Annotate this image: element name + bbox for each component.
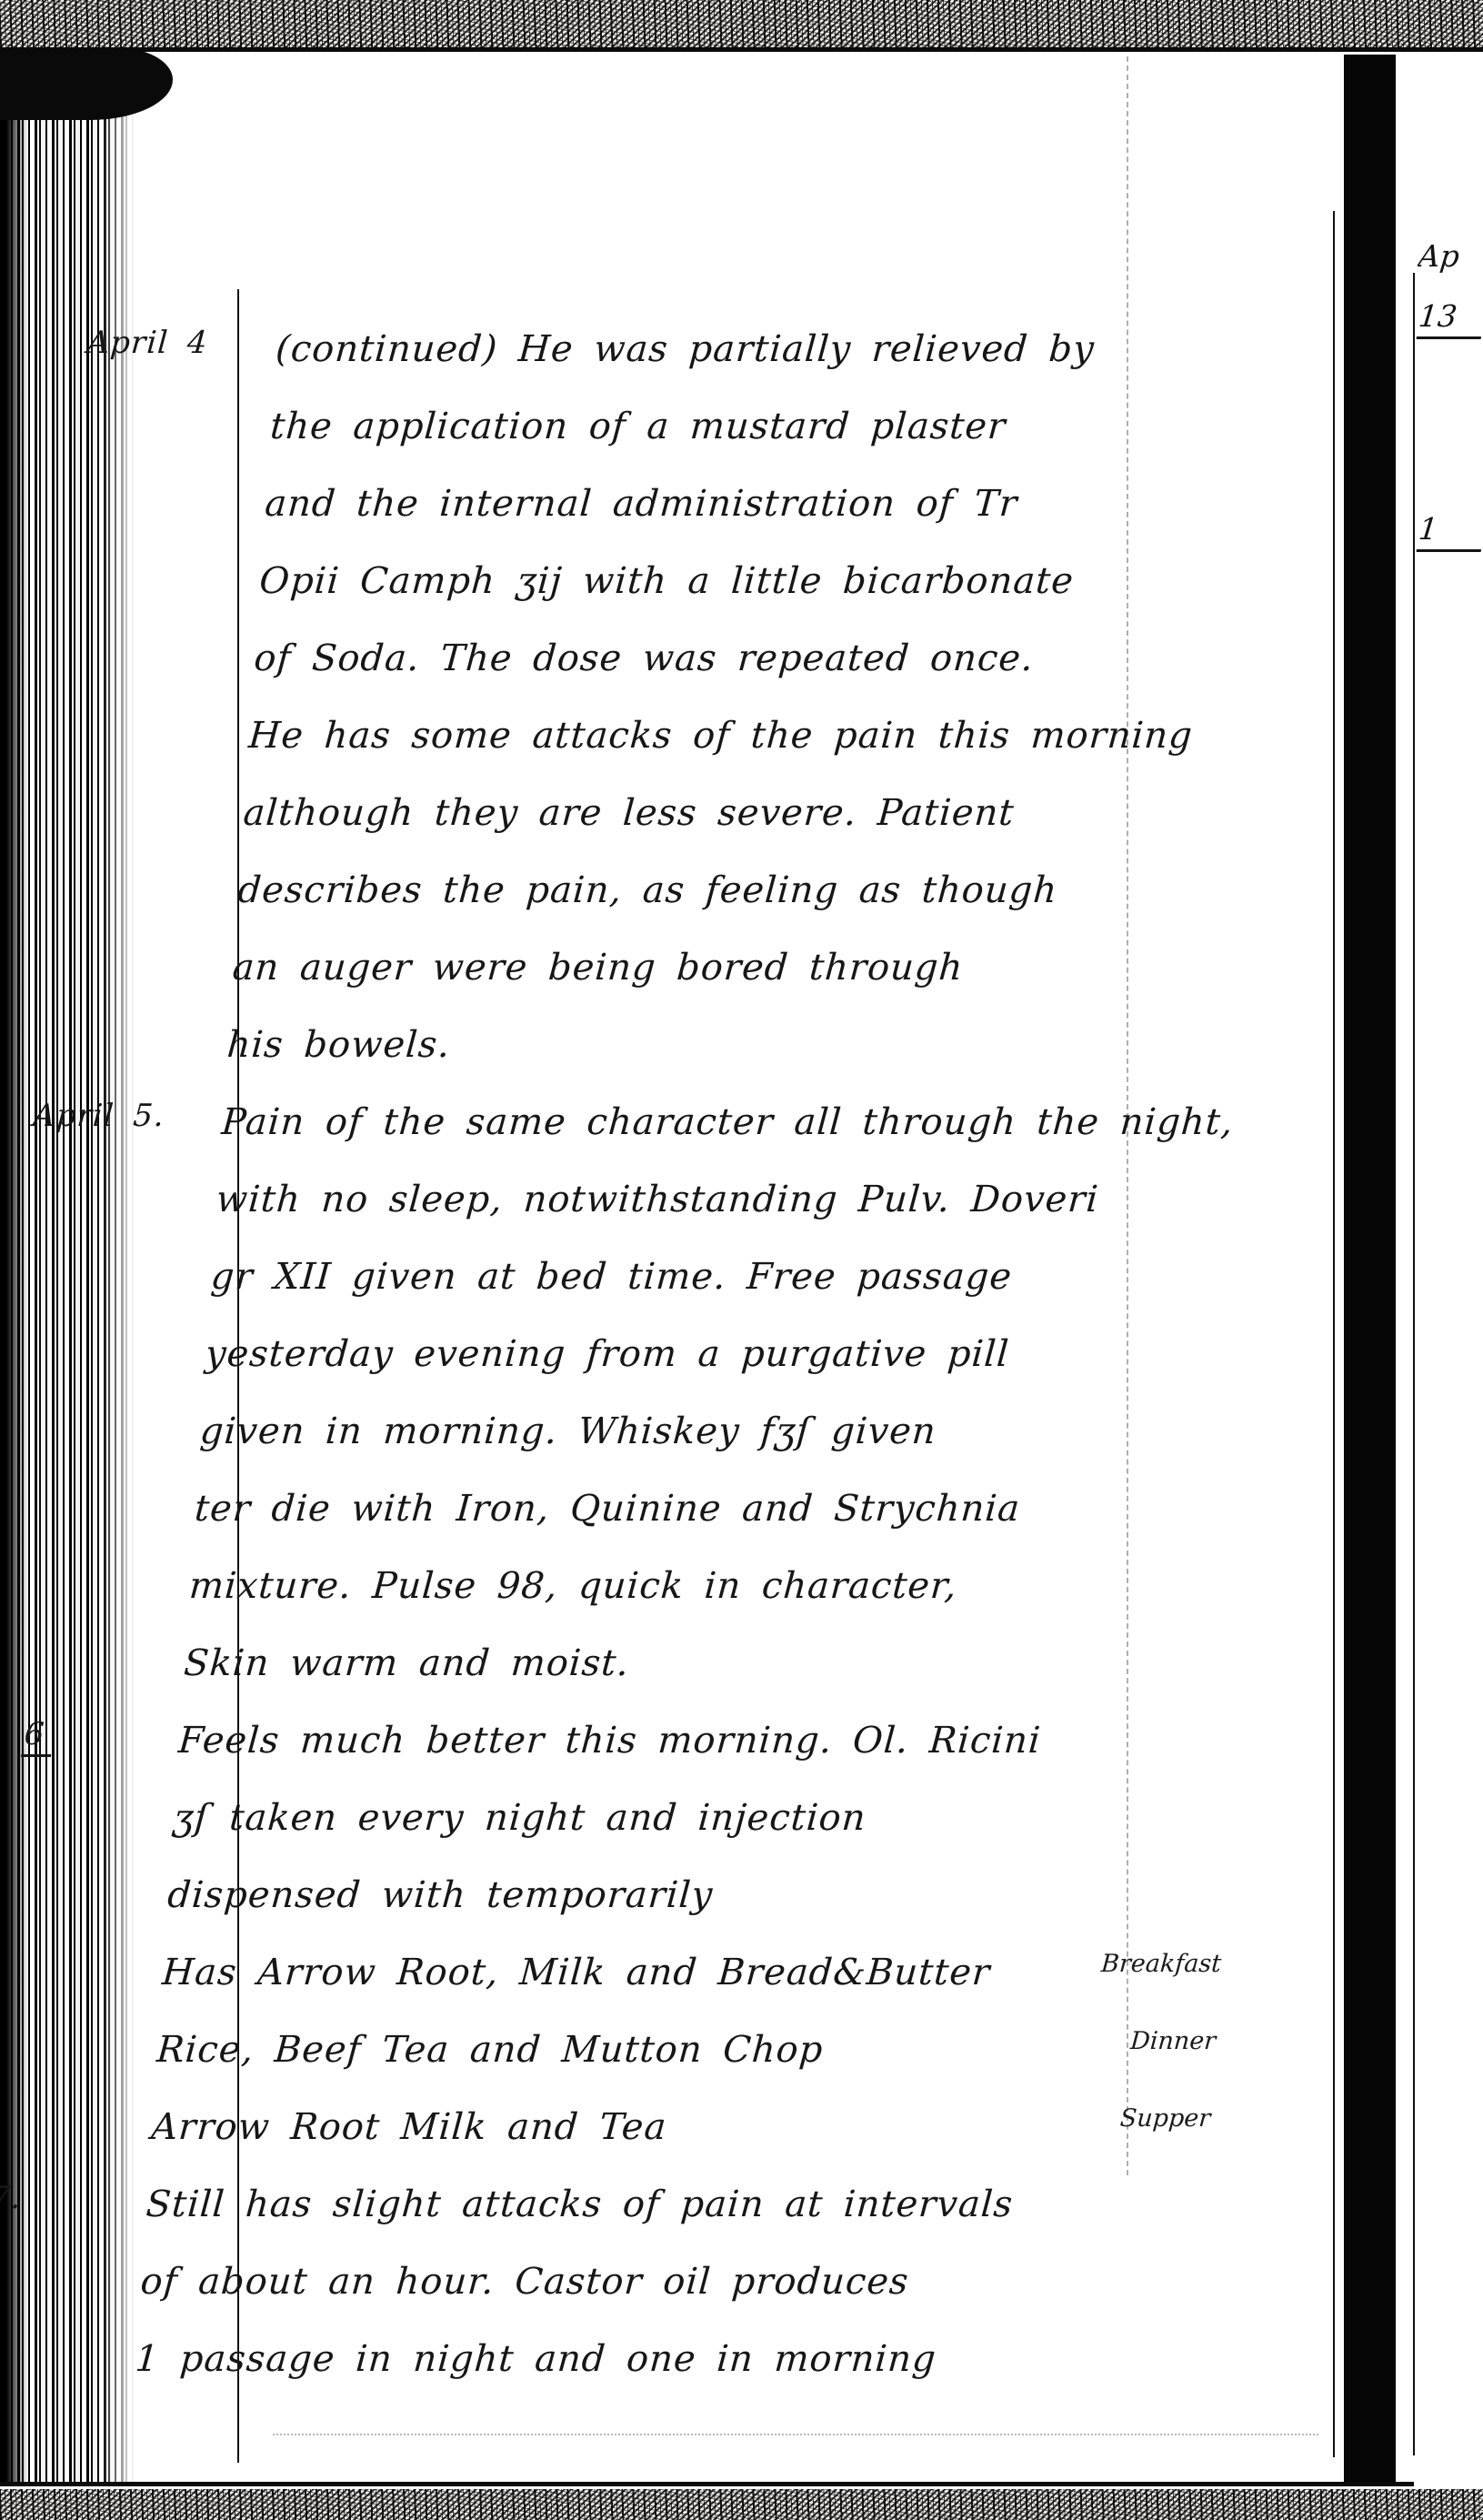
- book-gutter-shadow: [1344, 55, 1396, 2483]
- handwritten-line: Rice, Beef Tea and Mutton ChopDinner: [154, 2014, 1212, 2092]
- handwritten-line: Opii Camph ʒij with a little bicarbonate: [256, 546, 1315, 623]
- handwritten-line: the application of a mustard plaster: [267, 391, 1326, 468]
- faded-rule-dots: [273, 2434, 1318, 2435]
- margin-rule-right: [1333, 211, 1335, 2457]
- binding-shadow-corner: [0, 47, 173, 120]
- handwritten-line: ʒſ taken every night and injection: [170, 1782, 1228, 1860]
- entry-date: April 5.: [32, 1098, 165, 1134]
- handwritten-line: his bowels.: [225, 1009, 1283, 1087]
- meal-margin-note: Supper: [1117, 2083, 1213, 2154]
- next-page-margin-rule: [1413, 273, 1415, 2455]
- meal-margin-note: Breakfast: [1098, 1929, 1223, 2000]
- page-top-edge-line: [0, 47, 1483, 52]
- casebook-entry: April 5.Pain of the same character all t…: [181, 1087, 1278, 1705]
- handwritten-line: Has Arrow Root, Milk and Bread&ButterBre…: [159, 1937, 1217, 2014]
- scanned-casebook-page: April 4(continued) He was partially reli…: [0, 0, 1483, 2520]
- handwritten-line: and the internal administration of Tr: [262, 468, 1320, 546]
- handwritten-line: ter die with Iron, Quinine and Strychnia: [192, 1473, 1250, 1551]
- scanner-noise-top: [0, 0, 1483, 47]
- handwritten-line: Skin warm and moist.: [181, 1628, 1239, 1705]
- entry-date: April 4: [85, 325, 209, 361]
- entry-date: 6: [21, 1716, 54, 1757]
- handwritten-line: with no sleep, notwithstanding Pulv. Dov…: [214, 1164, 1272, 1241]
- handwritten-line: of about an hour. Castor oil produces: [137, 2246, 1196, 2324]
- next-page-text-fragment: Ap: [1417, 238, 1483, 274]
- casebook-entry: April 4(continued) He was partially reli…: [225, 314, 1331, 1087]
- handwritten-line: an auger were being bored through: [230, 932, 1288, 1009]
- handwritten-line: Arrow Root Milk and TeaSupper: [148, 2092, 1207, 2169]
- book-page-edges: [0, 52, 138, 2482]
- page-bottom-edge-line: [0, 2482, 1414, 2486]
- handwritten-line: of Soda. The dose was repeated once.: [251, 623, 1309, 700]
- handwritten-line: 1 passage in night and one in morning: [133, 2324, 1191, 2401]
- handwritten-line: yesterday evening from a purgative pill: [203, 1319, 1261, 1396]
- entry-date: 7.: [0, 2180, 23, 2216]
- meal-margin-note: Dinner: [1127, 2006, 1217, 2077]
- handwritten-line: Feels much better this morning. Ol. Rici…: [175, 1705, 1234, 1782]
- handwritten-line: Still has slight attacks of pain at inte…: [143, 2169, 1201, 2246]
- handwritten-line: (continued) He was partially relieved by: [273, 314, 1331, 391]
- handwritten-line: given in morning. Whiskey fʒſ given: [197, 1396, 1256, 1473]
- handwritten-entries: April 4(continued) He was partially reli…: [133, 314, 1331, 2401]
- scanner-noise-bottom: [0, 2489, 1483, 2520]
- casebook-entry: 7.Still has slight attacks of pain at in…: [133, 2169, 1202, 2401]
- handwritten-line: describes the pain, as feeling as though: [235, 855, 1293, 932]
- casebook-entry: 6Feels much better this morning. Ol. Ric…: [148, 1705, 1234, 2169]
- handwritten-line: gr XII given at bed time. Free passage: [208, 1241, 1267, 1319]
- handwritten-line: dispensed with temporarily: [165, 1860, 1223, 1937]
- next-page-text-fragment: 1: [1417, 511, 1483, 552]
- handwritten-line: He has some attacks of the pain this mor…: [245, 700, 1304, 778]
- handwritten-line: Pain of the same character all through t…: [219, 1087, 1278, 1164]
- handwritten-line: mixture. Pulse 98, quick in character,: [186, 1551, 1245, 1628]
- next-page-text-fragment: 13: [1417, 298, 1483, 339]
- handwritten-line: although they are less severe. Patient: [240, 778, 1298, 855]
